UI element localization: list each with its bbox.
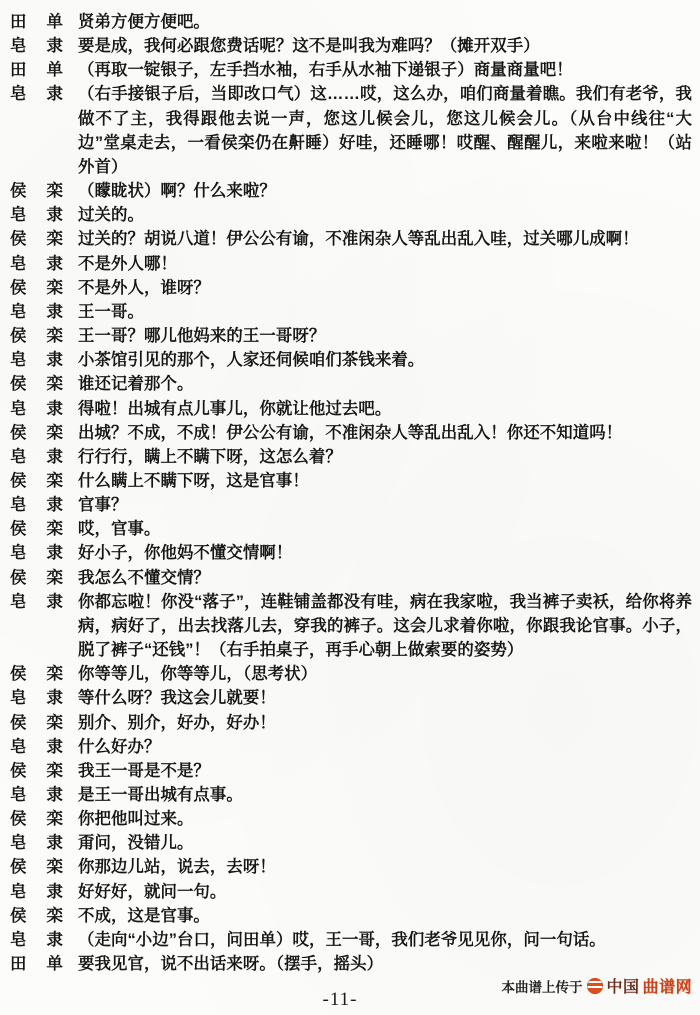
speaker-char: 皂 [10,735,27,759]
speaker-char: 栾 [47,372,64,396]
speaker-name: 皂隶 [10,590,63,614]
speaker-char: 皂 [10,203,27,227]
speaker-char: 田 [10,952,27,976]
speaker-char: 隶 [47,397,64,421]
dialogue-text: 你把他叫过来。 [78,807,692,831]
speaker-name: 皂隶 [10,735,63,759]
dialogue-line: 皂隶要是成，我何必跟您费话呢？这不是叫我为难吗？（摊开双手） [10,34,692,58]
speaker-char: 栾 [47,566,64,590]
dialogue-text: 不是外人，谁呀？ [78,276,692,300]
dialogue-text: 好小子，你他妈不懂交情啊！ [78,541,692,565]
speaker-char: 栾 [47,662,64,686]
dialogue-text: 过关的。 [78,203,692,227]
dialogue-text: 官事？ [78,493,692,517]
speaker-char: 栾 [47,469,64,493]
dialogue-text: 要我见官，说不出话来呀。（摆手，摇头） [78,952,692,976]
speaker-char: 皂 [10,831,27,855]
speaker-char: 侯 [10,179,27,203]
dialogue-text: 小茶馆引见的那个，人家还伺候咱们茶钱来着。 [78,348,692,372]
dialogue-text: 我怎么不懂交情？ [78,566,692,590]
site-name-qupuwang: 曲谱网 [642,974,692,997]
speaker-name: 侯栾 [10,711,63,735]
speaker-char: 栾 [47,759,64,783]
speaker-char: 隶 [47,880,64,904]
dialogue-line: 皂隶（右手接银子后，当即改口气）这……哎，这么办，咱们商量着瞧。我们有老爷，我做… [10,82,692,179]
dialogue-line: 侯栾（矇眬状）啊？什么来啦？ [10,179,692,203]
dialogue-text: 王一哥？哪儿他妈来的王一哥呀？ [78,324,692,348]
dialogue-text: 甭问，没错儿。 [78,831,692,855]
speaker-char: 侯 [10,469,27,493]
dialogue-line: 侯栾王一哥？哪儿他妈来的王一哥呀？ [10,324,692,348]
dialogue-text: 得啦！出城有点儿事儿，你就让他过去吧。 [78,397,692,421]
speaker-name: 侯栾 [10,759,63,783]
speaker-name: 田单 [10,952,63,976]
dialogue-line: 侯栾哎，官事。 [10,517,692,541]
speaker-name: 侯栾 [10,566,63,590]
dialogue-line: 皂隶（走向“小边”台口，问田单）哎，王一哥，我们老爷见见你，问一句话。 [10,928,692,952]
dialogue-line: 皂隶不是外人哪！ [10,252,692,276]
speaker-char: 单 [47,10,64,34]
dialogue-text: 哎，官事。 [78,517,692,541]
dialogue-line: 侯栾不成，这是官事。 [10,904,692,928]
speaker-name: 皂隶 [10,82,63,106]
speaker-char: 田 [10,10,27,34]
speaker-char: 侯 [10,517,27,541]
dialogue-text: 不是外人哪！ [78,252,692,276]
speaker-char: 皂 [10,928,27,952]
speaker-char: 隶 [47,735,64,759]
speaker-name: 侯栾 [10,469,63,493]
dialogue-line: 侯栾我王一哥是不是？ [10,759,692,783]
dialogue-text: 行行行，瞒上不瞒下呀，这怎么着？ [78,445,692,469]
speaker-char: 侯 [10,324,27,348]
speaker-char: 侯 [10,276,27,300]
speaker-name: 侯栾 [10,517,63,541]
speaker-name: 皂隶 [10,880,63,904]
dialogue-text: 你那边儿站，说去，去呀！ [78,855,692,879]
dialogue-text: （右手接银子后，当即改口气）这……哎，这么办，咱们商量着瞧。我们有老爷，我做不了… [78,82,692,179]
speaker-char: 隶 [47,348,64,372]
footer-credit: 本曲谱上传于 中国 曲谱网 [501,974,692,997]
dialogue-line: 皂隶行行行，瞒上不瞒下呀，这怎么着？ [10,445,692,469]
dialogue-line: 皂隶过关的。 [10,203,692,227]
speaker-char: 隶 [47,541,64,565]
speaker-name: 侯栾 [10,855,63,879]
speaker-char: 隶 [47,82,64,106]
dialogue-line: 皂隶什么好办？ [10,735,692,759]
speaker-name: 侯栾 [10,227,63,251]
dialogue-text: 是王一哥出城有点事。 [78,783,692,807]
speaker-char: 皂 [10,493,27,517]
dialogue-text: 什么瞒上不瞒下呀，这是官事！ [78,469,692,493]
dialogue-line: 侯栾出城？不成，不成！伊公公有谕，不准闲杂人等乱出乱入！你还不知道吗！ [10,421,692,445]
speaker-char: 侯 [10,807,27,831]
speaker-char: 栾 [47,904,64,928]
speaker-char: 皂 [10,686,27,710]
speaker-name: 皂隶 [10,300,63,324]
dialogue-text: 你等等儿，你等等儿，（思考状） [78,662,692,686]
speaker-char: 栾 [47,855,64,879]
dialogue-line: 皂隶官事？ [10,493,692,517]
speaker-char: 栾 [47,276,64,300]
speaker-char: 隶 [47,203,64,227]
dialogue-line: 皂隶甭问，没错儿。 [10,831,692,855]
dialogue-text: 什么好办？ [78,735,692,759]
speaker-char: 侯 [10,759,27,783]
dialogue-text: 等什么呀？我这会儿就要！ [78,686,692,710]
speaker-name: 皂隶 [10,397,63,421]
dialogue-line: 皂隶得啦！出城有点儿事儿，你就让他过去吧。 [10,397,692,421]
speaker-char: 田 [10,58,27,82]
speaker-char: 侯 [10,711,27,735]
speaker-char: 侯 [10,662,27,686]
upload-credit-text: 本曲谱上传于 [501,976,582,996]
speaker-char: 栾 [47,324,64,348]
speaker-char: 侯 [10,855,27,879]
speaker-name: 侯栾 [10,421,63,445]
speaker-char: 单 [47,58,64,82]
speaker-name: 侯栾 [10,904,63,928]
speaker-char: 隶 [47,831,64,855]
speaker-name: 皂隶 [10,252,63,276]
speaker-name: 皂隶 [10,493,63,517]
dialogue-line: 侯栾别介、别介，好办，好办！ [10,711,692,735]
speaker-char: 栾 [47,227,64,251]
speaker-char: 侯 [10,227,27,251]
speaker-name: 侯栾 [10,807,63,831]
dialogue-text: 我王一哥是不是？ [78,759,692,783]
speaker-char: 皂 [10,541,27,565]
site-name-china: 中国 [606,974,639,997]
speaker-char: 栾 [47,807,64,831]
dialogue-line: 田单（再取一锭银子，左手挡水袖，右手从水袖下递银子）商量商量吧！ [10,58,692,82]
dialogue-line: 侯栾你那边儿站，说去，去呀！ [10,855,692,879]
dialogue-line: 侯栾不是外人，谁呀？ [10,276,692,300]
speaker-name: 侯栾 [10,372,63,396]
speaker-char: 皂 [10,300,27,324]
speaker-name: 皂隶 [10,203,63,227]
dialogue-line: 侯栾你把他叫过来。 [10,807,692,831]
dialogue-text: 贤弟方便方便吧。 [78,10,692,34]
speaker-name: 皂隶 [10,686,63,710]
dialogue-text: （走向“小边”台口，问田单）哎，王一哥，我们老爷见见你，问一句话。 [78,928,692,952]
dialogue-line: 皂隶好小子，你他妈不懂交情啊！ [10,541,692,565]
dialogue-text: 谁还记着那个。 [78,372,692,396]
dialogue-line: 侯栾谁还记着那个。 [10,372,692,396]
speaker-char: 皂 [10,252,27,276]
speaker-char: 皂 [10,34,27,58]
speaker-char: 栾 [47,179,64,203]
speaker-name: 侯栾 [10,662,63,686]
dialogue-line: 皂隶是王一哥出城有点事。 [10,783,692,807]
dialogue-line: 皂隶你都忘啦！你没“落子”，连鞋铺盖都没有哇，病在我家啦，我当裤子卖袄，给你将养… [10,590,692,662]
dialogue-text: 要是成，我何必跟您费话呢？这不是叫我为难吗？（摊开双手） [78,34,692,58]
dialogue-text: 过关的？胡说八道！伊公公有谕，不准闲杂人等乱出乱入哇，过关哪儿成啊！ [78,227,692,251]
speaker-name: 皂隶 [10,783,63,807]
dialogue-list: 田单贤弟方便方便吧。皂隶要是成，我何必跟您费话呢？这不是叫我为难吗？（摊开双手）… [10,10,692,976]
dialogue-line: 田单贤弟方便方便吧。 [10,10,692,34]
dialogue-line: 皂隶王一哥。 [10,300,692,324]
dialogue-text: 王一哥。 [78,300,692,324]
speaker-char: 侯 [10,421,27,445]
speaker-char: 栾 [47,517,64,541]
dialogue-line: 侯栾什么瞒上不瞒下呀，这是官事！ [10,469,692,493]
speaker-char: 侯 [10,372,27,396]
dialogue-line: 侯栾我怎么不懂交情？ [10,566,692,590]
speaker-char: 隶 [47,300,64,324]
speaker-char: 皂 [10,590,27,614]
speaker-char: 隶 [47,590,64,614]
speaker-name: 侯栾 [10,179,63,203]
speaker-char: 隶 [47,252,64,276]
speaker-name: 侯栾 [10,276,63,300]
dialogue-line: 田单要我见官，说不出话来呀。（摆手，摇头） [10,952,692,976]
speaker-name: 侯栾 [10,324,63,348]
speaker-char: 隶 [47,34,64,58]
speaker-char: 侯 [10,566,27,590]
speaker-name: 皂隶 [10,34,63,58]
dialogue-text: （矇眬状）啊？什么来啦？ [78,179,692,203]
speaker-name: 田单 [10,10,63,34]
dialogue-line: 侯栾你等等儿，你等等儿，（思考状） [10,662,692,686]
speaker-char: 隶 [47,686,64,710]
speaker-name: 皂隶 [10,928,63,952]
speaker-name: 皂隶 [10,348,63,372]
dialogue-line: 侯栾过关的？胡说八道！伊公公有谕，不准闲杂人等乱出乱入哇，过关哪儿成啊！ [10,227,692,251]
speaker-char: 隶 [47,928,64,952]
speaker-char: 栾 [47,711,64,735]
speaker-char: 皂 [10,348,27,372]
dialogue-line: 皂隶好好好，就问一句。 [10,880,692,904]
speaker-name: 皂隶 [10,445,63,469]
speaker-char: 隶 [47,445,64,469]
site-logo[interactable]: 中国 曲谱网 [587,974,692,997]
speaker-char: 皂 [10,880,27,904]
dialogue-text: 你都忘啦！你没“落子”，连鞋铺盖都没有哇，病在我家啦，我当裤子卖袄，给你将养病，… [78,590,692,662]
dialogue-text: （再取一锭银子，左手挡水袖，右手从水袖下递银子）商量商量吧！ [78,58,692,82]
speaker-char: 侯 [10,904,27,928]
dialogue-text: 不成，这是官事。 [78,904,692,928]
speaker-char: 隶 [47,493,64,517]
dialogue-text: 出城？不成，不成！伊公公有谕，不准闲杂人等乱出乱入！你还不知道吗！ [78,421,692,445]
speaker-char: 皂 [10,445,27,469]
dialogue-text: 好好好，就问一句。 [78,880,692,904]
speaker-char: 皂 [10,397,27,421]
dialogue-line: 皂隶等什么呀？我这会儿就要！ [10,686,692,710]
speaker-name: 田单 [10,58,63,82]
speaker-char: 隶 [47,783,64,807]
speaker-name: 皂隶 [10,831,63,855]
speaker-char: 单 [47,952,64,976]
speaker-char: 皂 [10,783,27,807]
dialogue-line: 皂隶小茶馆引见的那个，人家还伺候咱们茶钱来着。 [10,348,692,372]
speaker-char: 栾 [47,421,64,445]
script-page: 田单贤弟方便方便吧。皂隶要是成，我何必跟您费话呢？这不是叫我为难吗？（摊开双手）… [0,0,700,1015]
speaker-name: 皂隶 [10,541,63,565]
dialogue-text: 别介、别介，好办，好办！ [78,711,692,735]
qupu-logo-icon [587,978,603,994]
speaker-char: 皂 [10,82,27,106]
